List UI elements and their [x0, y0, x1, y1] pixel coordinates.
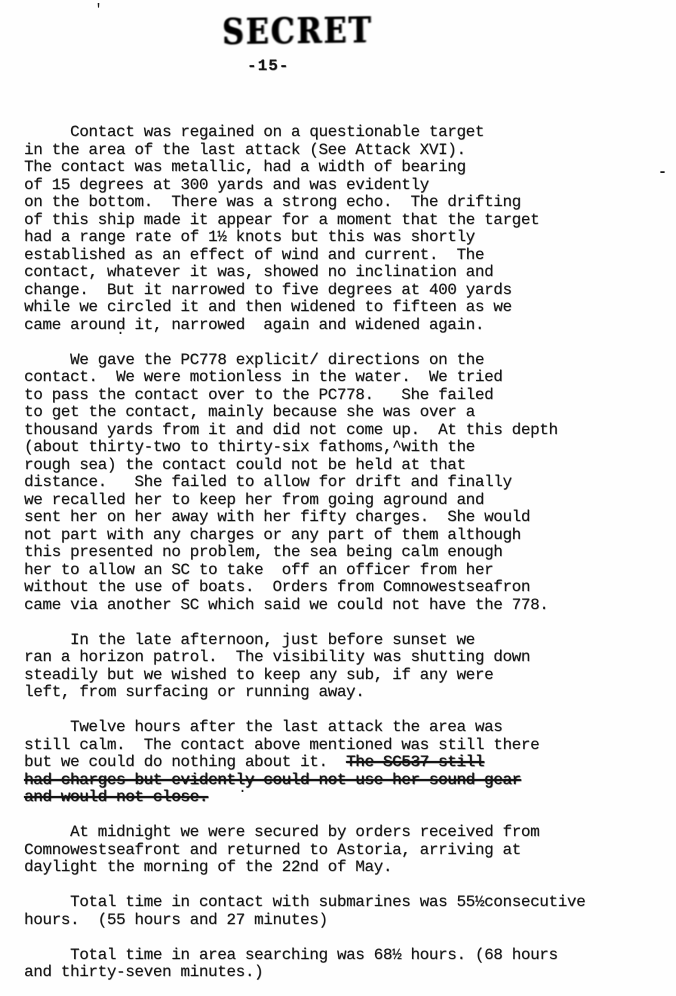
document-body: Contact was regained on a questionable t…: [24, 124, 664, 996]
struck-out-text: and would not close.: [24, 788, 208, 806]
paragraph-contact-regained: Contact was regained on a questionable t…: [24, 124, 664, 334]
secret-stamp: SECRET: [222, 10, 373, 53]
scanned-document-page: ' - . . SECRET -15- Contact was regained…: [0, 0, 676, 996]
struck-out-text: had charges but evidently could not use …: [24, 771, 521, 789]
page-number: -15-: [247, 57, 289, 75]
paragraph-total-search-time: Total time in area searching was 68½ hou…: [24, 947, 664, 982]
paragraph-midnight-secured: At midnight we were secured by orders re…: [24, 824, 664, 877]
paragraph-twelve-hours: Twelve hours after the last attack the a…: [24, 719, 664, 807]
struck-out-text: The SC537 still: [346, 753, 484, 771]
paragraph-horizon-patrol: In the late afternoon, just before sunse…: [24, 632, 664, 702]
paragraph-pc778-directions: We gave the PC778 explicit/ directions o…: [24, 352, 664, 615]
scan-artifact-mark: ': [94, 2, 103, 19]
paragraph-total-contact-time: Total time in contact with submarines wa…: [24, 894, 664, 929]
